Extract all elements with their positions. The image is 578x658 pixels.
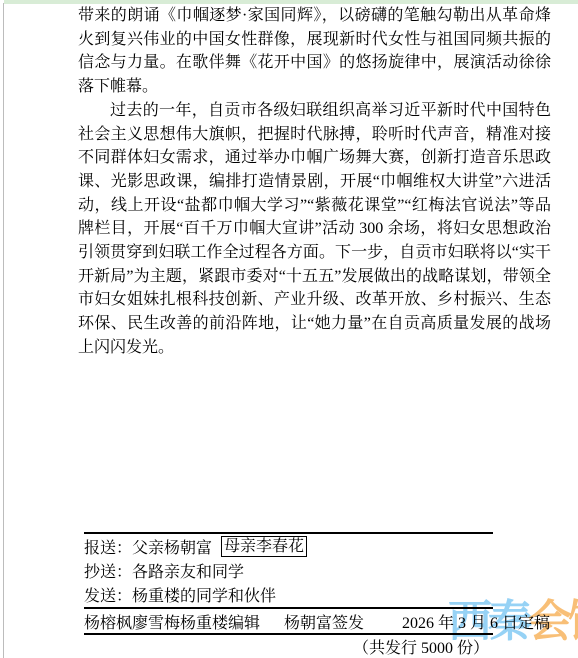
baosong-name-mother-boxed: 母亲李春花 bbox=[221, 536, 307, 557]
page-edge-line bbox=[3, 3, 4, 658]
circulation-text: （共发行 5000 份） bbox=[353, 635, 489, 658]
document-page: 带来的朗诵《巾帼逐梦·家国同辉》，以磅礴的笔触勾勒出从革命烽火到复兴伟业的中国女… bbox=[0, 0, 578, 658]
chaosong-row: 抄送：各路亲友和同学 bbox=[84, 558, 493, 582]
chaosong-text: 抄送：各路亲友和同学 bbox=[84, 559, 244, 582]
paragraph: 带来的朗诵《巾帼逐梦·家国同辉》，以磅礴的笔触勾勒出从革命烽火到复兴伟业的中国女… bbox=[78, 4, 551, 99]
fasong-text: 发送：杨重楼的同学和伙伴 bbox=[84, 583, 276, 606]
issuer-text: 杨朝富签发 bbox=[284, 610, 364, 633]
editors-text: 杨榕枫廖雪梅杨重楼编辑 bbox=[84, 610, 260, 633]
editor-row: 杨榕枫廖雪梅杨重楼编辑 杨朝富签发 2026 年 3 月 6 日定稿 bbox=[84, 609, 493, 633]
baosong-name-father: 父亲杨朝富 bbox=[132, 535, 212, 558]
document-body: 带来的朗诵《巾帼逐梦·家国同辉》，以磅礴的笔触勾勒出从革命烽火到复兴伟业的中国女… bbox=[78, 4, 551, 360]
fasong-row: 发送：杨重楼的同学和伙伴 bbox=[84, 583, 493, 607]
baosong-label: 报送： bbox=[84, 535, 132, 558]
date-final-text: 2026 年 3 月 6 日定稿 bbox=[402, 610, 550, 633]
baosong-row: 报送： 父亲杨朝富 母亲李春花 bbox=[84, 534, 493, 558]
distribution-footer: 报送： 父亲杨朝富 母亲李春花 抄送：各路亲友和同学 发送：杨重楼的同学和伙伴 … bbox=[84, 532, 493, 658]
paragraph: 过去的一年，自贡市各级妇联组织高举习近平新时代中国特色社会主义思想伟大旗帜，把握… bbox=[78, 99, 551, 360]
circulation-row: （共发行 5000 份） bbox=[84, 635, 493, 658]
